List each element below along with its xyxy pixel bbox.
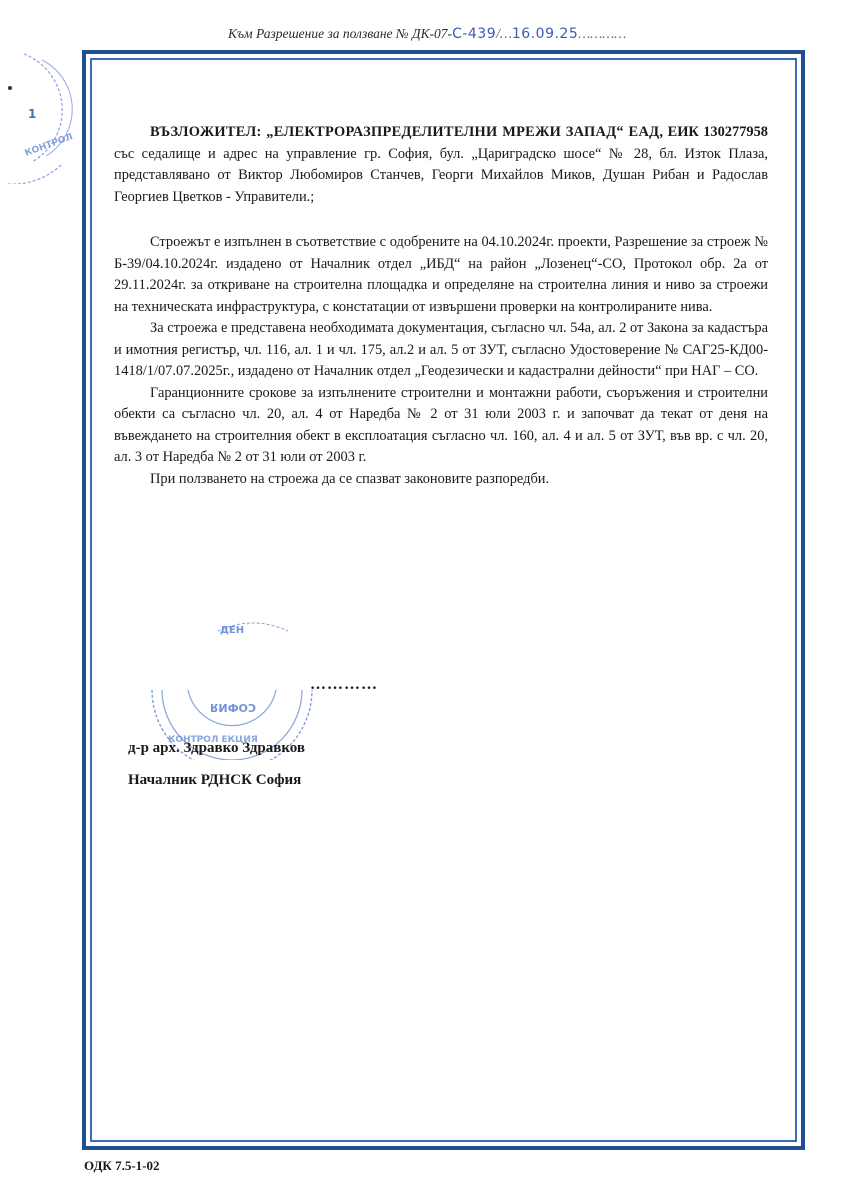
body-paragraph-warranty: Гаранционните срокове за изпълнените стр… [114,383,768,469]
assignor-paragraph: ВЪЗЛОЖИТЕЛ: „ЕЛЕКТРОРАЗПРЕДЕЛИТЕЛНИ МРЕЖ… [114,122,768,208]
assignor-lead: ВЪЗЛОЖИТЕЛ: „ЕЛЕКТРОРАЗПРЕДЕЛИТЕЛНИ МРЕЖ… [150,124,663,140]
margin-stamp-text: КОНТРОЛ [24,132,75,159]
document-frame-inner [90,58,797,1142]
assignor-eik: ЕИК 130277958 [668,124,768,140]
stamp-center-text: СОФИЯ [210,701,256,714]
document-frame [82,50,805,1150]
margin-stamp-mark: 1 [28,107,36,121]
handwritten-permit-number: С-439 [452,26,496,42]
signer-title: Началник РДНСК София [128,772,301,789]
assignor-details: със седалище и адрес на управление гр. С… [114,146,768,205]
body-paragraph-construction: Строежът е изпълнен в съответствие с одо… [114,232,768,318]
reference-trailing-dots: ………… [578,26,626,41]
margin-stamp-icon: КОНТРОЛ 1 [4,44,76,184]
stamp-top-text: ДЕН [220,625,244,635]
assignor-section: ВЪЗЛОЖИТЕЛ: „ЕЛЕКТРОРАЗПРЕДЕЛИТЕЛНИ МРЕЖ… [114,122,768,208]
document-reference: Към Разрешение за ползване № ДК-07-С-439… [228,26,626,42]
form-code: ОДК 7.5-1-02 [84,1158,160,1174]
official-stamp-top-fragment: ДЕН [218,617,288,635]
signer-name: д-р арх. Здравко Здравков [128,740,305,757]
reference-prefix: Към Разрешение за ползване № ДК-07- [228,26,452,41]
body-paragraph-usage: При ползването на строежа да се спазват … [114,469,768,491]
signature-line: ………… [310,676,378,694]
body-paragraph-documentation: За строежа е представена необходимата до… [114,318,768,383]
reference-separator: /… [496,26,512,41]
handwritten-date: 16.09.25 [512,26,578,42]
body-section: Строежът е изпълнен в съответствие с одо… [114,232,768,490]
